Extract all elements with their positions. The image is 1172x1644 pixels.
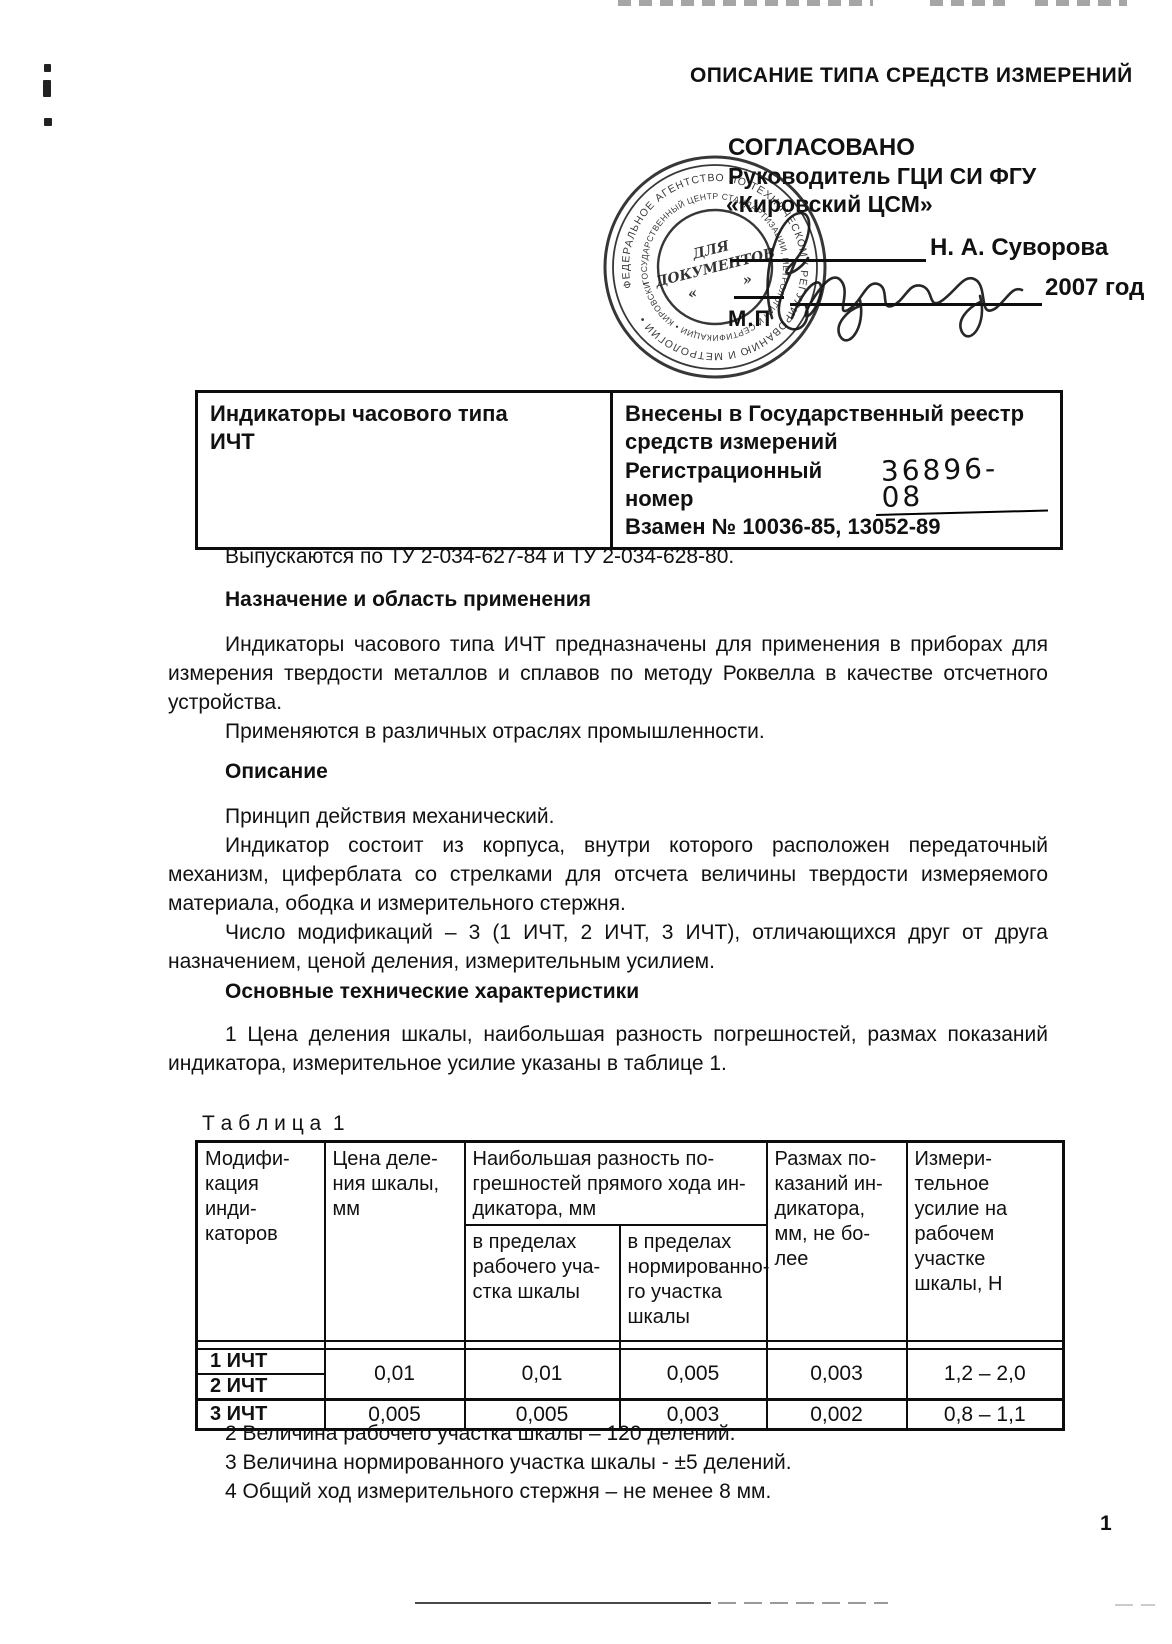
note-4: 4 Общий ход измерительного стержня – не … [225, 1480, 771, 1504]
header-scale-division: Цена деле- ния шкалы, мм [325, 1142, 465, 1342]
value-cell: 1,2 – 2,0 [907, 1349, 1064, 1400]
registration-table: Индикаторы часового типа ИЧТ Внесены в Г… [195, 390, 1063, 550]
description-paragraphs: Принцип действия механический. Индикатор… [168, 802, 1048, 976]
gap-cell [767, 1341, 907, 1349]
header-reading-spread: Размах по- казаний ин- дикатора, мм, не … [767, 1142, 907, 1342]
approver-name: Н. А. Суворова [930, 234, 1108, 262]
handwritten-signature [560, 140, 1120, 390]
header-max-error: Наибольшая разность по- грешностей прямо… [465, 1142, 767, 1226]
characteristics-paragraph: 1 Цена деления шкалы, наибольшая разност… [168, 1020, 1048, 1078]
bottom-scan-dots [1115, 1604, 1155, 1606]
gap-cell [197, 1341, 325, 1349]
description-paragraph-2: Индикатор состоит из корпуса, внутри кот… [168, 831, 1048, 918]
specifications-table: Модифи- кация инди- каторов Цена деле- н… [195, 1140, 1065, 1431]
replaces-line: Взамен № 10036-85, 13052-89 [625, 513, 1048, 541]
ink-speck [44, 64, 51, 72]
gap-cell [907, 1341, 1064, 1349]
instrument-name-cell: Индикаторы часового типа ИЧТ [197, 392, 612, 549]
bottom-scan-line-faint [718, 1602, 888, 1604]
registry-line1: Внесены в Государственный реестр [625, 400, 1048, 428]
section-heading-characteristics: Основные технические характеристики [225, 980, 639, 1004]
registry-info-cell: Внесены в Государственный реестр средств… [612, 392, 1062, 549]
note-3: 3 Величина нормированного участка шкалы … [225, 1451, 792, 1475]
header-modification: Модифи- кация инди- каторов [197, 1142, 325, 1342]
cropped-top-text-artifact [618, 0, 873, 6]
purpose-paragraphs: Индикаторы часового типа ИЧТ предназначе… [168, 630, 1048, 746]
subheader-working-range: в пределах рабочего уча- стка шкалы [465, 1225, 620, 1341]
document-page: ОПИСАНИЕ ТИПА СРЕДСТВ ИЗМЕРЕНИЙ СОГЛАСОВ… [0, 0, 1172, 1644]
registration-row: Индикаторы часового типа ИЧТ Внесены в Г… [197, 392, 1062, 549]
registration-number-row: Регистрационный номер36896-08 [625, 456, 1048, 513]
instrument-name-line1: Индикаторы часового типа [210, 400, 598, 428]
purpose-paragraph-2: Применяются в различных отраслях промышл… [168, 717, 1048, 746]
signature-stroke [792, 278, 1022, 318]
table1-label: Т а б л и ц а 1 [202, 1112, 345, 1136]
cropped-top-text-artifact [1035, 0, 1127, 6]
description-paragraph-1: Принцип действия механический. [168, 802, 1048, 831]
gap-cell [325, 1341, 465, 1349]
value-cell: 0,003 [767, 1349, 907, 1400]
gap-cell [465, 1341, 620, 1349]
table-header-row: Модифи- кация инди- каторов Цена деле- н… [197, 1142, 1064, 1226]
signature-stroke [960, 296, 982, 336]
value-cell: 0,002 [767, 1400, 907, 1430]
seal-place-mark: М.П [728, 306, 771, 332]
page-number: 1 [1100, 1512, 1112, 1536]
section-heading-purpose: Назначение и область применения [225, 588, 591, 612]
gap-cell [620, 1341, 767, 1349]
section-heading-description: Описание [225, 760, 328, 784]
year-label: 2007 год [1045, 274, 1144, 302]
registration-number-label: Регистрационный номер [625, 457, 876, 513]
modification-cell: 2 ИЧТ [197, 1374, 325, 1400]
cropped-top-text-artifact [930, 0, 1005, 6]
note-2: 2 Величина рабочего участка шкалы – 120 … [225, 1422, 735, 1446]
modification-cell: 1 ИЧТ [197, 1349, 325, 1374]
produced-by-paragraph: Выпускаются по ТУ 2-034-627-84 и ТУ 2-03… [168, 542, 1048, 571]
ink-speck [43, 80, 51, 97]
registration-number-value: 36896-08 [874, 455, 1048, 516]
double-rule-gap-row [197, 1341, 1064, 1349]
description-paragraph-3: Число модификаций – 3 (1 ИЧТ, 2 ИЧТ, 3 И… [168, 918, 1048, 976]
characteristics-text: 1 Цена деления шкалы, наибольшая разност… [168, 1020, 1048, 1078]
value-cell: 0,01 [325, 1349, 465, 1400]
produced-by-text: Выпускаются по ТУ 2-034-627-84 и ТУ 2-03… [168, 542, 1048, 571]
bottom-scan-line [415, 1602, 711, 1604]
page-title: ОПИСАНИЕ ТИПА СРЕДСТВ ИЗМЕРЕНИЙ [690, 64, 1133, 88]
instrument-name-line2: ИЧТ [210, 428, 598, 456]
ink-speck [44, 118, 52, 126]
subheader-normalized-range: в пределах нормированно- го участка шкал… [620, 1225, 767, 1341]
value-cell: 0,005 [620, 1349, 767, 1400]
table-row: 1 ИЧТ 0,01 0,01 0,005 0,003 1,2 – 2,0 [197, 1349, 1064, 1374]
value-cell: 0,8 – 1,1 [907, 1400, 1064, 1430]
purpose-paragraph-1: Индикаторы часового типа ИЧТ предназначе… [168, 630, 1048, 717]
signature-stroke [768, 213, 810, 318]
value-cell: 0,01 [465, 1349, 620, 1400]
header-measuring-force: Измери- тельное усилие на рабочем участк… [907, 1142, 1064, 1342]
